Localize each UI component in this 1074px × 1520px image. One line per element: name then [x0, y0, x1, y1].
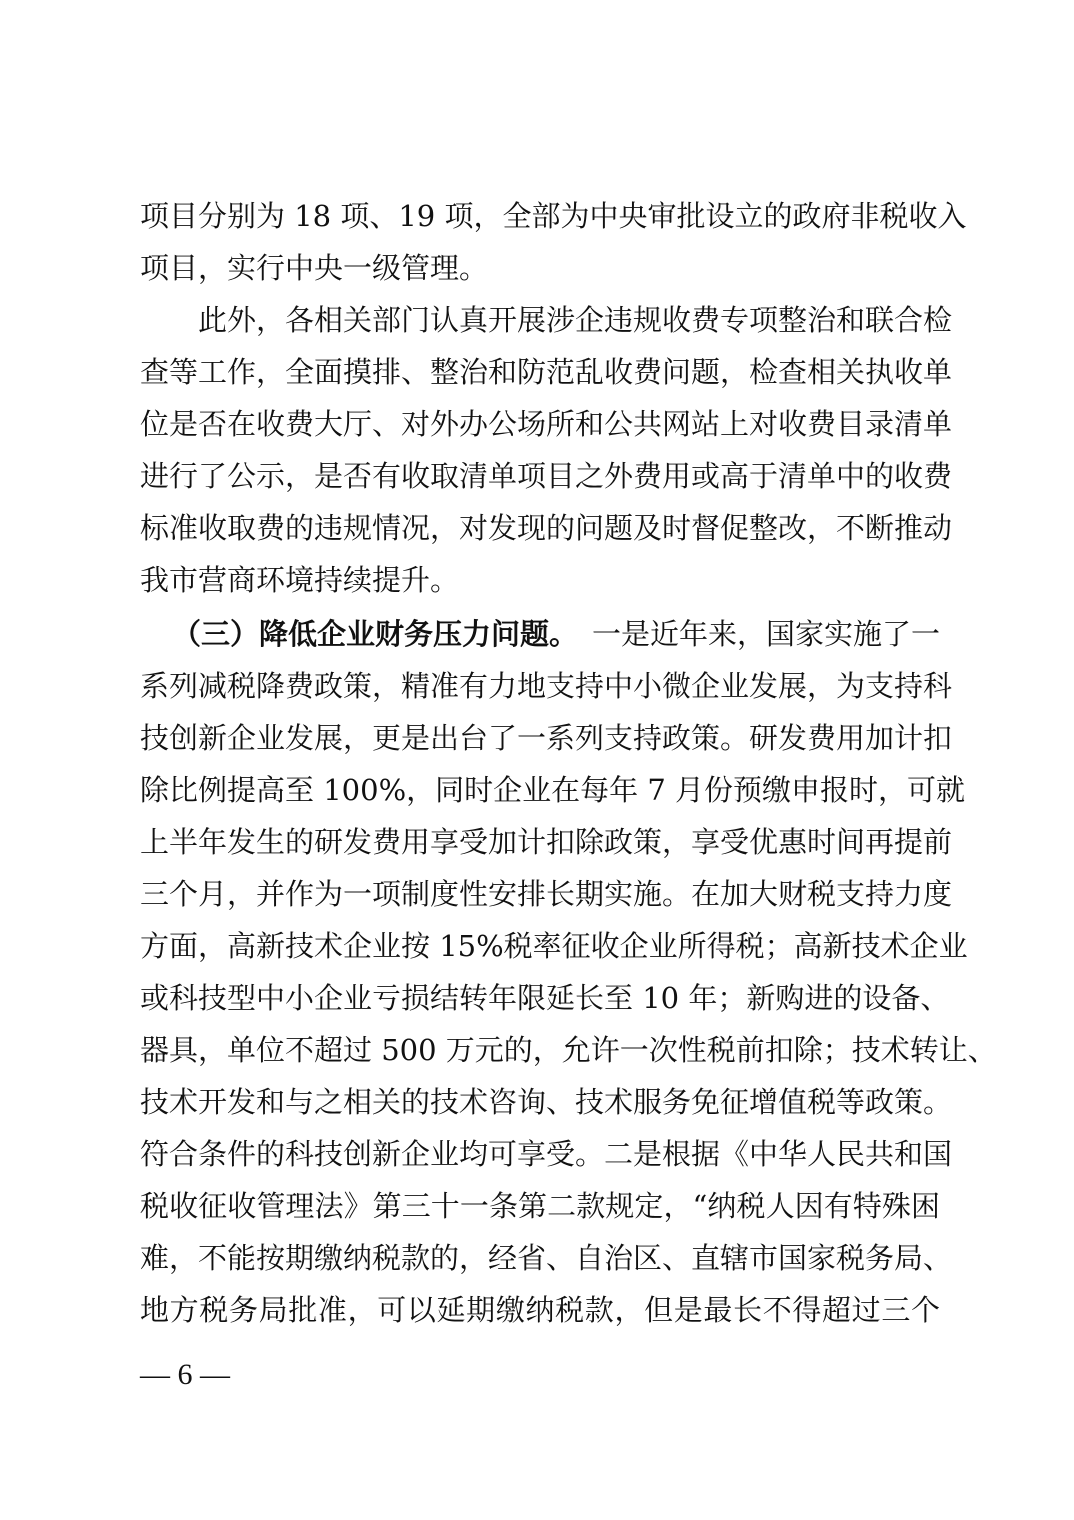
text-line-7: 标准收取费的违规情况，对发现的问题及时督促整改，不断推动: [140, 508, 940, 548]
text-line-4: 查等工作，全面摸排、整治和防范乱收费问题，检查相关执收单: [140, 352, 940, 392]
section-heading: （三）降低企业财务压力问题。: [172, 614, 578, 654]
text-line-17: 器具，单位不超过 500 万元的，允许一次性税前扣除；技术转让、: [140, 1030, 940, 1070]
text-line-13: 上半年发生的研发费用享受加计扣除政策，享受优惠时间再提前: [140, 822, 940, 862]
text-line-12: 除比例提高至 100%，同时企业在每年 7 月份预缴申报时，可就: [140, 770, 940, 810]
text-line-6: 进行了公示，是否有收取清单项目之外费用或高于清单中的收费: [140, 456, 940, 496]
text-line-1: 项目分别为 18 项、19 项，全部为中央审批设立的政府非税收入: [140, 196, 940, 236]
document-page: 项目分别为 18 项、19 项，全部为中央审批设立的政府非税收入 项目，实行中央…: [0, 0, 1074, 1520]
text-line-10: 系列减税降费政策，精准有力地支持中小微企业发展，为支持科: [140, 666, 940, 706]
page-number: — 6 —: [140, 1358, 230, 1392]
paragraph-3-line-1-text: 一是近年来，国家实施了一: [592, 614, 940, 654]
text-line-20: 税收征收管理法》第三十一条第二款规定，“纳税人因有特殊困: [140, 1186, 940, 1226]
text-line-22: 地方税务局批准，可以延期缴纳税款，但是最长不得超过三个: [140, 1290, 940, 1330]
text-line-19: 符合条件的科技创新企业均可享受。二是根据《中华人民共和国: [140, 1134, 940, 1174]
text-line-16: 或科技型中小企业亏损结转年限延长至 10 年；新购进的设备、: [140, 978, 940, 1018]
text-line-2: 项目，实行中央一级管理。: [140, 248, 940, 288]
text-line-11: 技创新企业发展，更是出台了一系列支持政策。研发费用加计扣: [140, 718, 940, 758]
text-line-15: 方面，高新技术企业按 15%税率征收企业所得税；高新技术企业: [140, 926, 940, 966]
text-line-5: 位是否在收费大厅、对外办公场所和公共网站上对收费目录清单: [140, 404, 940, 444]
paragraph-2-line-1: 此外，各相关部门认真开展涉企违规收费专项整治和联合检: [198, 300, 940, 340]
text-line-8: 我市营商环境持续提升。: [140, 560, 940, 600]
text-line-14: 三个月，并作为一项制度性安排长期实施。在加大财税支持力度: [140, 874, 940, 914]
text-line-21: 难，不能按期缴纳税款的，经省、自治区、直辖市国家税务局、: [140, 1238, 940, 1278]
text-line-18: 技术开发和与之相关的技术咨询、技术服务免征增值税等政策。: [140, 1082, 940, 1122]
paragraph-3-line-1: （三）降低企业财务压力问题。 一是近年来，国家实施了一: [172, 614, 940, 654]
